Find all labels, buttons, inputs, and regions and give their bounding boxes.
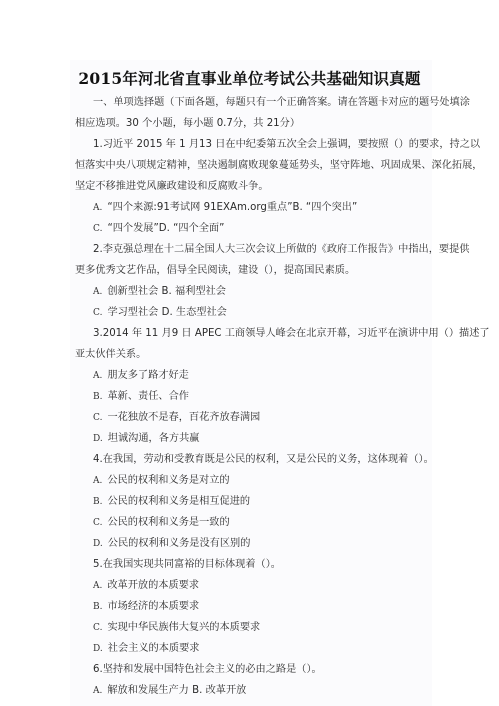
option-letter: D. — [93, 539, 103, 549]
question-1-option-line-1: A.“四个来源:91考试网 91EXAm.org重点”B. “四个突出” — [93, 201, 357, 215]
option-letter: C. — [93, 308, 102, 318]
question-4-option-d: D.公民的权利和义务是没有区别的 — [93, 537, 250, 551]
option-text: 公民的权利和义务是对立的 — [107, 475, 229, 486]
option-letter: A. — [93, 287, 102, 297]
option-text: 改革开放的本质要求 — [107, 580, 199, 591]
option-letter: D. — [93, 644, 103, 654]
question-3-option-b: B.革新、责任、合作 — [93, 390, 189, 404]
option-text: 坦诚沟通，各方共赢 — [108, 433, 200, 444]
option-letter: C. — [93, 518, 102, 528]
section-heading-line-1: 一、单项选择题（下面各题，每题只有一个正确答案。请在答题卡对应的题号处填涂 — [93, 96, 470, 110]
option-letter: B. — [93, 392, 102, 402]
question-1-option-line-2: C.“四个发展”D. “四个全面” — [93, 222, 224, 236]
option-letter: C. — [93, 623, 102, 633]
option-text: 朋友多了路才好走 — [107, 370, 189, 381]
question-4-option-b: B.公民的权利和义务是相互促进的 — [93, 495, 250, 509]
option-letter: D. — [93, 434, 103, 444]
section-heading-line-2: 相应选项。30 个小题，每小题 0.7分，共 21分） — [75, 117, 300, 131]
option-letter: A. — [93, 581, 102, 591]
option-letter: A. — [93, 686, 102, 696]
question-4-option-c: C.公民的权利和义务是一致的 — [93, 516, 230, 530]
question-3-option-d: D.坦诚沟通，各方共赢 — [93, 432, 199, 446]
question-4-stem-line-1: 4.在我国，劳动和受教育既是公民的权利，又是公民的义务，这体现着（）。 — [93, 453, 434, 467]
question-2-stem-line-1: 2.李克强总理在十二届全国人大三次会议上所做的《政府工作报告》中指出，要提供 — [93, 243, 469, 257]
option-text: “四个来源:91考试网 91EXAm.org重点”B. “四个突出” — [107, 202, 357, 213]
question-6-stem-line-1: 6.坚持和发展中国特色社会主义的必由之路是（）。 — [93, 663, 322, 677]
question-2-option-line-2: C.学习型社会 D. 生态型社会 — [93, 306, 227, 320]
option-text: 实现中华民族伟大复兴的本质要求 — [107, 622, 260, 633]
question-5-option-c: C.实现中华民族伟大复兴的本质要求 — [93, 621, 260, 635]
question-5-stem-line-1: 5.在我国实现共同富裕的目标体现着（）。 — [93, 558, 281, 572]
question-2-option-line-1: A.创新型社会 B. 福利型社会 — [93, 285, 226, 299]
option-text: 一花独放不是春，百花齐放春满园 — [107, 412, 260, 423]
option-letter: A. — [93, 476, 102, 486]
option-text: 创新型社会 B. 福利型社会 — [107, 286, 226, 297]
option-text: 公民的权利和义务是一致的 — [107, 517, 229, 528]
question-1-stem-line-1: 1.习近平 2015 年 1 月13 日在中纪委第五次全会上强调，要按照（）的要… — [93, 138, 480, 152]
question-3-stem-line-2: 亚太伙伴关系。 — [75, 348, 146, 362]
option-letter: A. — [93, 203, 102, 213]
question-3-stem-line-1: 3.2014 年 11 月9 日 APEC 工商领导人峰会在北京开幕，习近平在演… — [93, 327, 490, 341]
option-letter: C. — [93, 413, 102, 423]
option-text: 革新、责任、合作 — [107, 391, 189, 402]
document-title: 2015年河北省直事业单位考试公共基础知识真题 — [0, 67, 499, 89]
question-3-option-a: A.朋友多了路才好走 — [93, 369, 189, 383]
option-letter: B. — [93, 497, 102, 507]
option-letter: A. — [93, 371, 102, 381]
option-text: 学习型社会 D. 生态型社会 — [107, 307, 226, 318]
option-text: 社会主义的本质要求 — [108, 643, 200, 654]
option-text: 公民的权利和义务是没有区别的 — [108, 538, 251, 549]
option-letter: B. — [93, 602, 102, 612]
question-6-option-line-1: A.解放和发展生产力 B. 改革开放 — [93, 684, 246, 698]
question-5-option-d: D.社会主义的本质要求 — [93, 642, 199, 656]
question-3-option-c: C.一花独放不是春，百花齐放春满园 — [93, 411, 260, 425]
question-1-stem-line-3: 坚定不移推进党风廉政建设和反腐败斗争。 — [75, 180, 269, 194]
option-letter: C. — [93, 224, 102, 234]
option-text: 市场经济的本质要求 — [107, 601, 199, 612]
option-text: 解放和发展生产力 B. 改革开放 — [107, 685, 246, 696]
option-text: 公民的权利和义务是相互促进的 — [107, 496, 250, 507]
question-5-option-a: A.改革开放的本质要求 — [93, 579, 199, 593]
question-4-option-a: A.公民的权利和义务是对立的 — [93, 474, 230, 488]
question-5-option-b: B.市场经济的本质要求 — [93, 600, 199, 614]
question-2-stem-line-2: 更多优秀文艺作品，倡导全民阅读，建设（），提高国民素质。 — [75, 264, 355, 278]
option-text: “四个发展”D. “四个全面” — [107, 223, 224, 234]
question-1-stem-line-2: 恒落实中央八项规定精神，坚决遏制腐败现象蔓延势头，坚守阵地、巩固成果、深化拓展， — [75, 159, 483, 173]
